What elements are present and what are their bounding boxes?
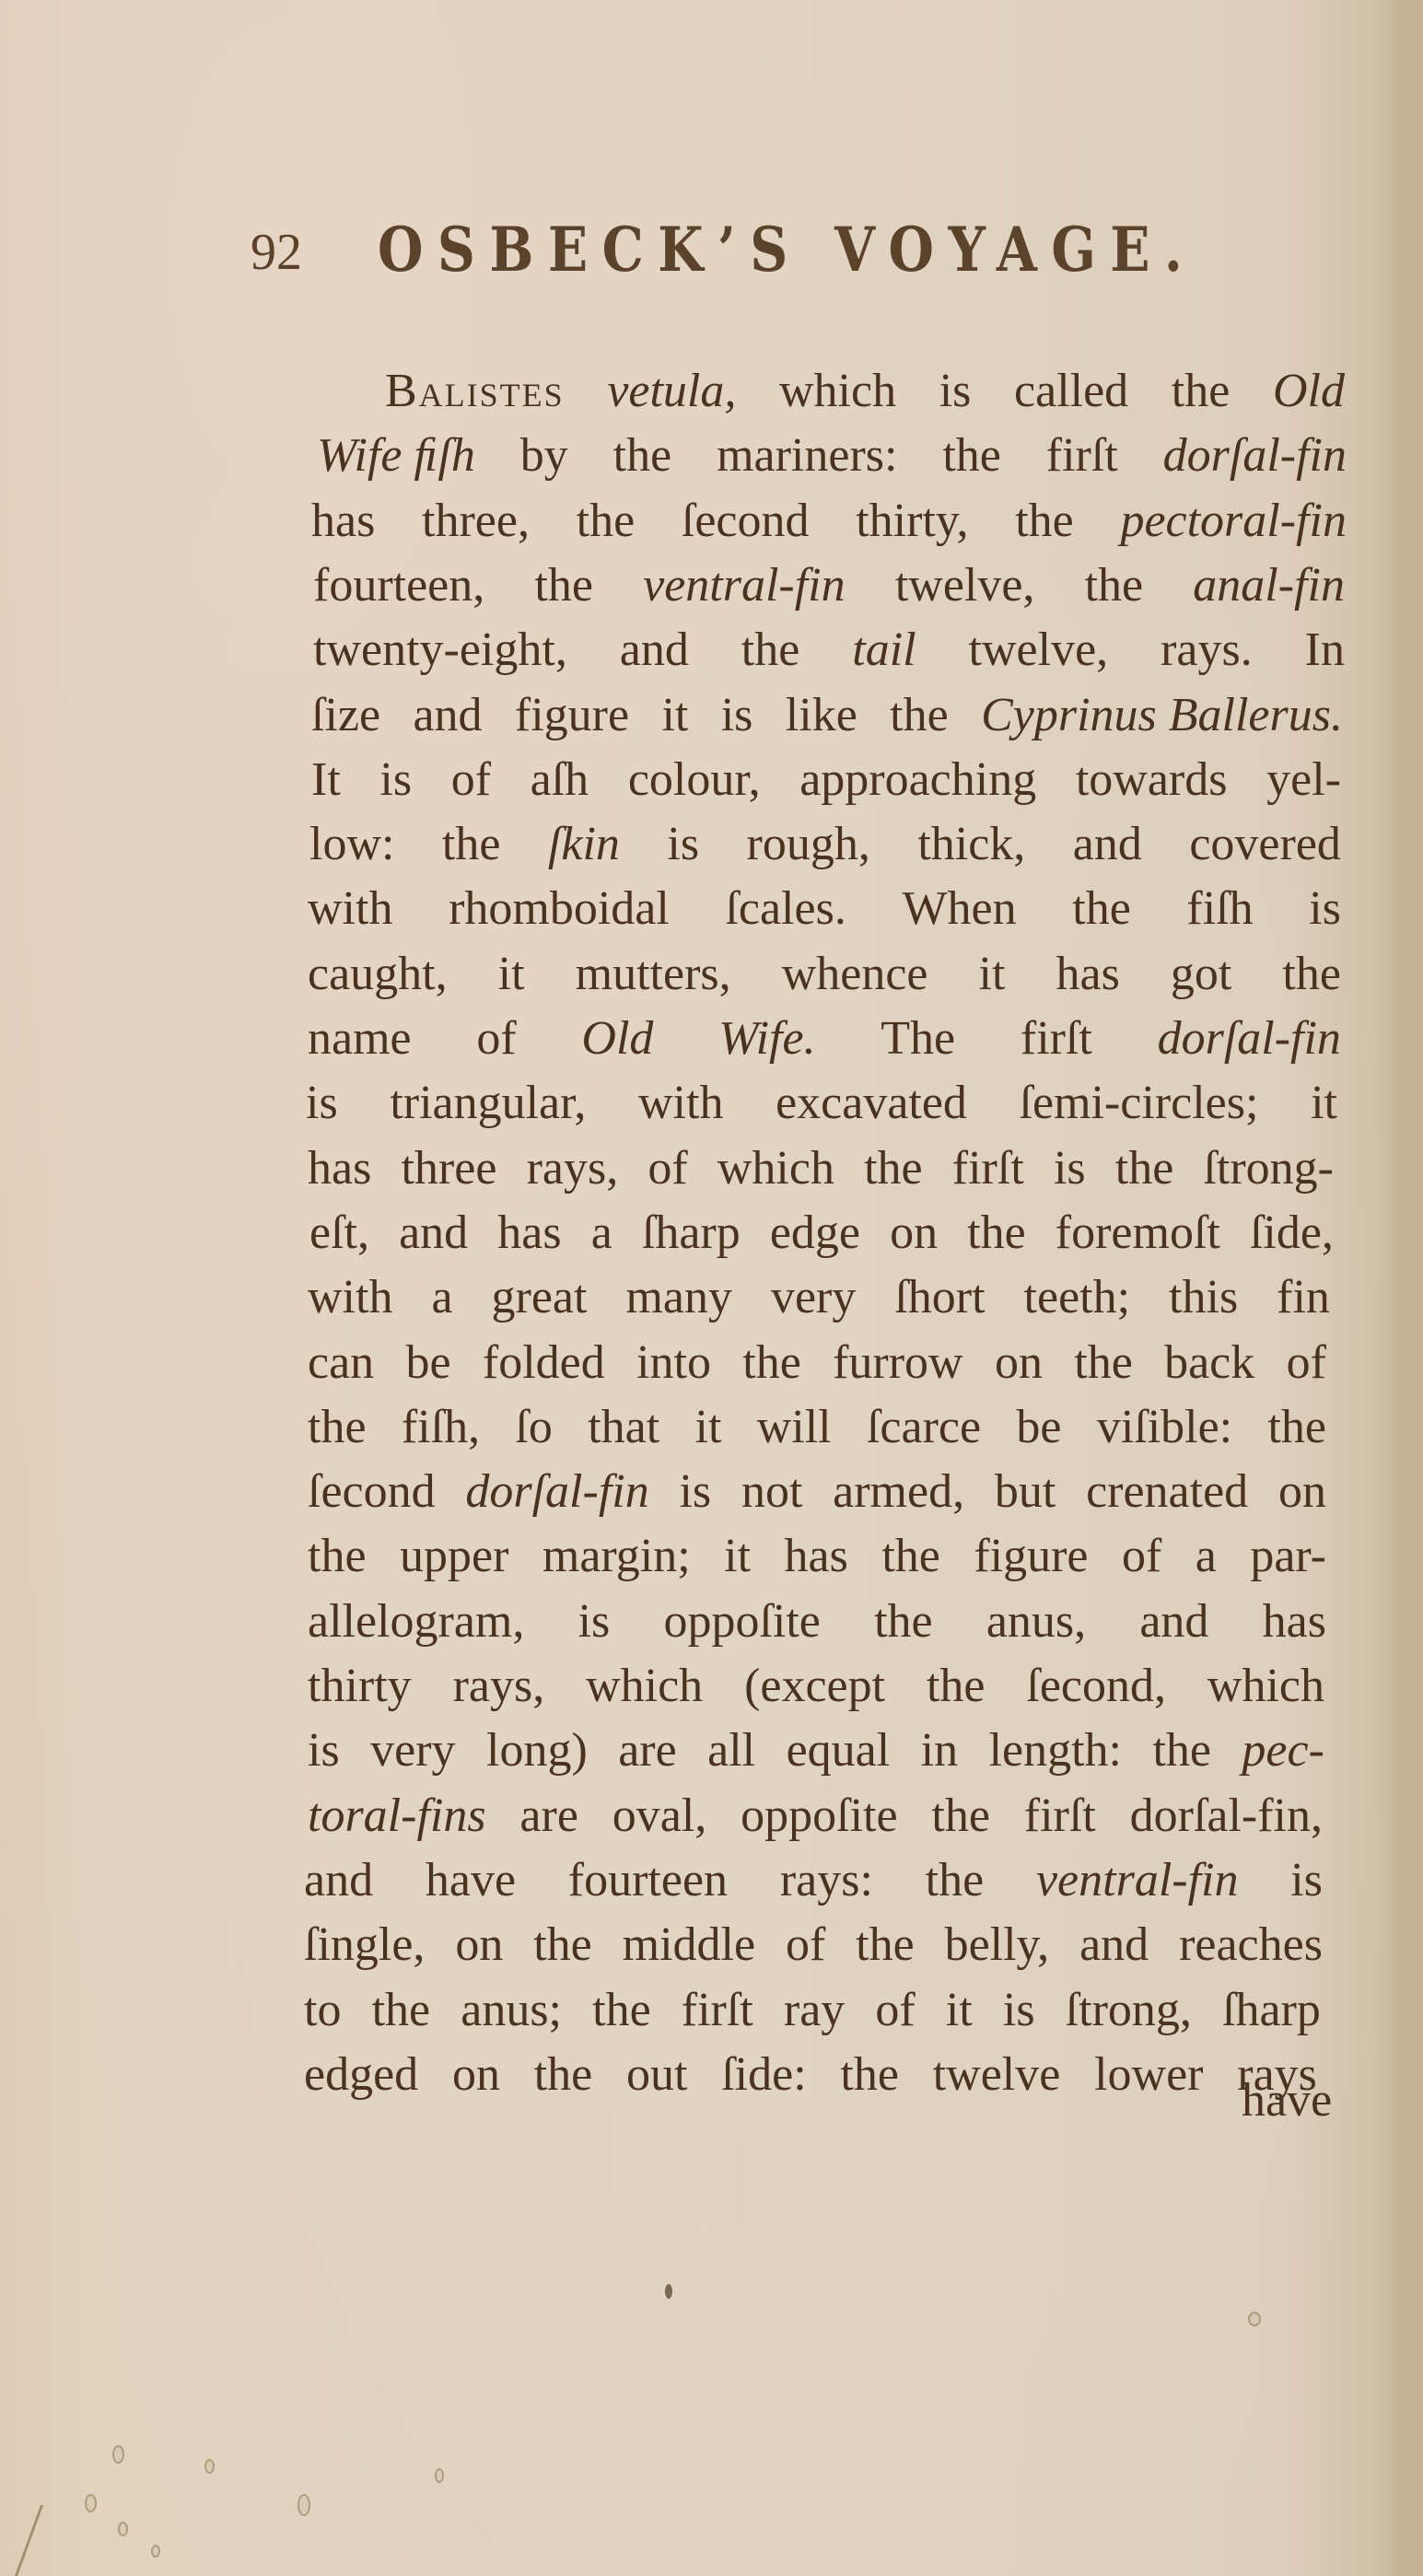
word: the [967, 1203, 1026, 1264]
word: ſide, [1250, 1203, 1334, 1264]
word: has [311, 491, 375, 552]
word: back [1164, 1333, 1254, 1393]
text-line: theuppermargin;ithasthefigureofapar- [308, 1526, 1326, 1587]
word: on [995, 1333, 1043, 1393]
word: it [724, 1526, 751, 1587]
page-number: 92 [251, 223, 302, 282]
word: length: [989, 1720, 1122, 1781]
italic-word: dorſal-fin [1163, 425, 1347, 486]
word: a [431, 1267, 452, 1328]
italic-word: dorſal-fin [1158, 1008, 1341, 1069]
word: oppoſite [663, 1591, 820, 1652]
word: ſize [311, 685, 380, 746]
word: is [1003, 1980, 1035, 2041]
word: furrow [833, 1333, 963, 1393]
word: ſtrong, [1066, 1980, 1192, 2041]
word: triangular, [390, 1073, 586, 1134]
word: the [613, 425, 672, 486]
word: is [308, 1720, 340, 1781]
italic-word: Old [581, 1008, 653, 1069]
word: and [413, 685, 482, 746]
italic-word: anal-fin [1193, 555, 1345, 616]
word: rough, [747, 814, 870, 875]
word: have [426, 1850, 516, 1911]
word: the [592, 1980, 651, 2041]
word: can [308, 1333, 374, 1393]
word: the [742, 1333, 801, 1393]
word: a [1196, 1526, 1217, 1587]
word: ſecond [682, 491, 810, 552]
word: oppoſite [741, 1786, 897, 1847]
word: the [1282, 944, 1341, 1005]
word: with [638, 1073, 723, 1134]
word: whence [782, 944, 928, 1005]
word: it [498, 944, 525, 1005]
text-line: toral-finsareoval,oppoſitethefirſtdorſal… [308, 1786, 1323, 1847]
foxing-spot [112, 2445, 124, 2464]
word: the [577, 491, 636, 552]
word: the [1115, 1138, 1174, 1199]
italic-word: vetula, [607, 361, 736, 422]
word: has [497, 1203, 561, 1264]
word: this [1169, 1267, 1238, 1328]
foxing-spot [118, 2522, 128, 2536]
text-line: thirtyrays,which(excepttheſecond,which [308, 1656, 1324, 1717]
word: teeth; [1024, 1267, 1131, 1328]
word: it [695, 1397, 722, 1458]
word: ſecond [308, 1462, 436, 1522]
italic-word: Cyprinus Ballerus. [981, 685, 1343, 746]
word: the [1267, 1397, 1326, 1458]
text-line: totheanus;thefirſtrayofitisſtrong,ſharp [304, 1980, 1321, 2041]
word: be [1016, 1397, 1061, 1458]
word: is [306, 1073, 338, 1134]
word: has [1056, 944, 1120, 1005]
word: folded [483, 1333, 605, 1393]
text-line: ſizeandfigureitisliketheCyprinus Balleru… [311, 685, 1343, 746]
word: the [874, 1591, 933, 1652]
word: ſharp [1222, 1980, 1321, 2041]
word: is [1054, 1138, 1086, 1199]
word: the [1085, 555, 1144, 616]
word: and [1139, 1591, 1208, 1652]
word: edge [770, 1203, 860, 1264]
word: will [757, 1397, 832, 1458]
text-line: nameofOldWife.Thefirſtdorſal-fin [308, 1008, 1341, 1069]
word: the [1072, 879, 1131, 939]
word: twenty-eight, [313, 620, 567, 681]
word: the [534, 2045, 593, 2105]
word: be [405, 1333, 450, 1393]
word: is [379, 750, 412, 810]
word: approaching [799, 750, 1036, 810]
word: by [520, 425, 568, 486]
word: on [890, 1203, 938, 1264]
word: the [442, 814, 501, 875]
word: which [779, 361, 896, 422]
word: it [1311, 1073, 1337, 1134]
word: ſtrong- [1203, 1138, 1334, 1199]
word: allelogram, [308, 1591, 524, 1652]
running-title: OSBECK’S VOYAGE. [378, 214, 1196, 286]
word: the [881, 1526, 940, 1587]
word: it [661, 685, 688, 746]
word: crenated [1086, 1462, 1248, 1522]
italic-word: tail [852, 620, 916, 681]
word: has [1263, 1591, 1326, 1652]
word: which [1207, 1656, 1324, 1717]
word: firſt [952, 1138, 1024, 1199]
word: is [578, 1591, 611, 1652]
word: the [1015, 491, 1074, 552]
word: got [1171, 944, 1231, 1005]
word: it [979, 944, 1006, 1005]
word: ſcales. [725, 879, 846, 939]
word: the [372, 1980, 431, 2041]
text-line: Balistesvetula,whichiscalledtheOld [385, 361, 1345, 422]
word: rays, [527, 1138, 619, 1199]
word: the [864, 1138, 923, 1199]
word: thirty [308, 1656, 412, 1717]
word: thirty, [856, 491, 968, 552]
word: When [902, 879, 1016, 939]
word: the [533, 1915, 592, 1976]
word: rays. [1161, 620, 1253, 681]
text-line: withagreatmanyveryſhortteeth;thisfin [308, 1267, 1330, 1328]
word: excavated [776, 1073, 967, 1134]
word: very [370, 1720, 455, 1781]
text-line: hasthreerays,ofwhichthefirſtistheſtrong- [308, 1138, 1334, 1199]
word: the [1074, 1333, 1133, 1393]
word: ſingle, [304, 1915, 425, 1976]
word: the [890, 685, 949, 746]
word: ſo [515, 1397, 552, 1458]
word: like [786, 685, 857, 746]
word: but [995, 1462, 1056, 1522]
word: the [926, 1850, 985, 1911]
word: firſt [1024, 1786, 1096, 1847]
text-line: ſingle,onthemiddleofthebelly,andreaches [304, 1915, 1323, 1976]
word: that [588, 1397, 659, 1458]
word: the [308, 1526, 367, 1587]
word: firſt [1021, 1008, 1092, 1069]
word: anus, [986, 1591, 1086, 1652]
word: of [451, 750, 491, 810]
word: ſecond, [1026, 1656, 1166, 1717]
text-line: thefiſh,ſothatitwillſcarcebeviſible:the [308, 1397, 1326, 1458]
text-line: edgedontheoutſide:thetwelvelowerrays [304, 2045, 1317, 2105]
word: on [455, 1915, 503, 1976]
word: middle [623, 1915, 755, 1976]
word: the [534, 555, 593, 616]
word: oval, [612, 1786, 707, 1847]
text-line: caught,itmutters,whenceithasgotthe [308, 944, 1341, 1005]
word: mutters, [576, 944, 731, 1005]
word: on [1278, 1462, 1326, 1522]
word: the [1152, 1720, 1211, 1781]
word: firſt [1046, 425, 1118, 486]
word: mariners: [717, 425, 897, 486]
word: low: [309, 814, 394, 875]
word: is [667, 814, 699, 875]
word: with [308, 879, 392, 939]
italic-word: Wife ﬁſh [317, 425, 475, 486]
word: and [620, 620, 689, 681]
word: of [1122, 1526, 1161, 1587]
word: eſt, [309, 1203, 369, 1264]
word: rays, [453, 1656, 545, 1717]
word: is [1290, 1850, 1323, 1911]
word: great [492, 1267, 588, 1328]
word: three, [422, 491, 530, 552]
catchword: have [1242, 2070, 1332, 2131]
italic-word: toral-fins [308, 1786, 486, 1847]
ink-spot [665, 2284, 672, 2299]
word: not [741, 1462, 802, 1522]
word: twelve, [895, 555, 1035, 616]
word: is [939, 361, 972, 422]
word: ſharp [642, 1203, 741, 1264]
word: ſide: [721, 2045, 806, 2105]
word: into [636, 1333, 711, 1393]
word: of [875, 1980, 915, 2041]
word: and [1073, 814, 1142, 875]
word: on [452, 2045, 500, 2105]
word: of [1287, 1333, 1326, 1393]
word: fourteen [568, 1850, 728, 1911]
word: In [1305, 620, 1345, 681]
word: ray [784, 1980, 845, 2041]
word: armed, [833, 1462, 964, 1522]
italic-word: ventral-fin [643, 555, 846, 616]
word: has [308, 1138, 371, 1199]
word: viſible: [1097, 1397, 1232, 1458]
running-head: 92 OSBECK’S VOYAGE. [251, 214, 1264, 287]
word: and [1079, 1915, 1149, 1976]
word: out [626, 2045, 687, 2105]
italic-word: ventral-fin [1036, 1850, 1239, 1911]
text-line: eſt,andhasaſharpedgeontheforemoſtſide, [309, 1203, 1334, 1264]
text-line: low:theſkinisrough,thick,andcovered [309, 814, 1341, 875]
word: the [741, 620, 800, 681]
word: fourteen, [313, 555, 484, 616]
word: rhomboidal [449, 879, 670, 939]
word: of [786, 1915, 825, 1976]
italic-word: pectoral-fin [1120, 491, 1347, 552]
word: covered [1189, 814, 1341, 875]
text-line: Itisofaſhcolour,approachingtowardsyel- [311, 750, 1341, 810]
word: has [785, 1526, 848, 1587]
word: the [308, 1397, 367, 1458]
word: twelve, [969, 620, 1109, 681]
word: ſcarce [867, 1397, 981, 1458]
word: figure [974, 1526, 1088, 1587]
word: (except [744, 1656, 885, 1717]
text-line: ſeconddorſal-finisnotarmed,butcrenatedon [308, 1462, 1326, 1522]
word: edged [304, 2045, 418, 2105]
word: three [401, 1138, 496, 1199]
word: which [586, 1656, 703, 1717]
text-line: fourteen,theventral-fintwelve,theanal-fi… [313, 555, 1345, 616]
word: upper [400, 1526, 508, 1587]
foxing-spot [151, 2545, 160, 2558]
word: all [707, 1720, 755, 1781]
word: aſh [531, 750, 589, 810]
word: which [717, 1138, 834, 1199]
word: anus; [461, 1980, 562, 2041]
foxing-spot [85, 2494, 97, 2512]
word: the [856, 1915, 915, 1976]
text-line: isverylong)areallequalinlength:thepec- [308, 1720, 1324, 1781]
italic-word: Old [1273, 361, 1345, 422]
word: are [618, 1720, 676, 1781]
word: name [308, 1008, 412, 1069]
page-edge [1375, 0, 1423, 2576]
word: figure [515, 685, 629, 746]
word: belly, [945, 1915, 1050, 1976]
word: to [304, 1980, 341, 2041]
text-line: andhavefourteenrays:theventral-finis [304, 1850, 1323, 1911]
italic-word: ſkin [548, 814, 620, 875]
word: foremoſt [1056, 1203, 1220, 1264]
word: ſhort [894, 1267, 985, 1328]
word: of [647, 1138, 687, 1199]
word: the [840, 2045, 899, 2105]
text-line: withrhomboidalſcales.Whenthefiſhis [308, 879, 1341, 939]
word: a [591, 1203, 612, 1264]
italic-word: Wife. [718, 1008, 815, 1069]
word: lower [1094, 2045, 1203, 2105]
word: fin [1277, 1267, 1330, 1328]
word: long) [486, 1720, 588, 1781]
word: of [476, 1008, 516, 1069]
text-line: canbefoldedintothefurrowonthebackof [308, 1333, 1326, 1393]
foxing-spot [435, 2468, 444, 2483]
word: towards [1076, 750, 1228, 810]
word: margin; [542, 1526, 691, 1587]
foxing-spot [204, 2459, 215, 2474]
word: the [1172, 361, 1231, 422]
word: very [771, 1267, 856, 1328]
small-caps-word: Balistes [385, 361, 565, 422]
word: are [519, 1786, 577, 1847]
word: twelve [933, 2045, 1061, 2105]
text-line: Wife ﬁſhbythemariners:thefirſtdorſal-fin [317, 425, 1347, 486]
word: called [1014, 361, 1128, 422]
word: rays: [780, 1850, 873, 1911]
italic-word: pec- [1242, 1720, 1324, 1781]
word: It [311, 750, 341, 810]
word: ſemi-circles; [1020, 1073, 1259, 1134]
word: colour, [628, 750, 761, 810]
word: thick, [917, 814, 1025, 875]
word: in [921, 1720, 958, 1781]
word: fiſh [1186, 879, 1253, 939]
word: fiſh, [402, 1397, 480, 1458]
word: dorſal-fin, [1130, 1786, 1323, 1847]
text-line: twenty-eight,andthetailtwelve,rays.In [313, 620, 1345, 681]
word: is [1309, 879, 1341, 939]
word: and [304, 1850, 373, 1911]
word: caught, [308, 944, 448, 1005]
italic-word: dorſal-fin [465, 1462, 648, 1522]
word: the [942, 425, 1001, 486]
word: and [399, 1203, 468, 1264]
text-line: istriangular,withexcavatedſemi-circles;i… [306, 1073, 1337, 1134]
word: many [625, 1267, 732, 1328]
word: is [679, 1462, 711, 1522]
word: with [308, 1267, 392, 1328]
text-line: hasthree,theſecondthirty,thepectoral-fin [311, 491, 1347, 552]
word: the [927, 1656, 986, 1717]
word: it [946, 1980, 973, 2041]
text-line: allelogram,isoppoſitetheanus,andhas [308, 1591, 1326, 1652]
word: the [931, 1786, 990, 1847]
word: is [721, 685, 753, 746]
word: reaches [1179, 1915, 1323, 1976]
word: firſt [682, 1980, 753, 2041]
foxing-spot [1248, 2312, 1261, 2326]
foxing-spot [297, 2494, 310, 2516]
word: equal [787, 1720, 891, 1781]
word: yel- [1266, 750, 1341, 810]
word: The [881, 1008, 955, 1069]
word: par- [1250, 1526, 1326, 1587]
